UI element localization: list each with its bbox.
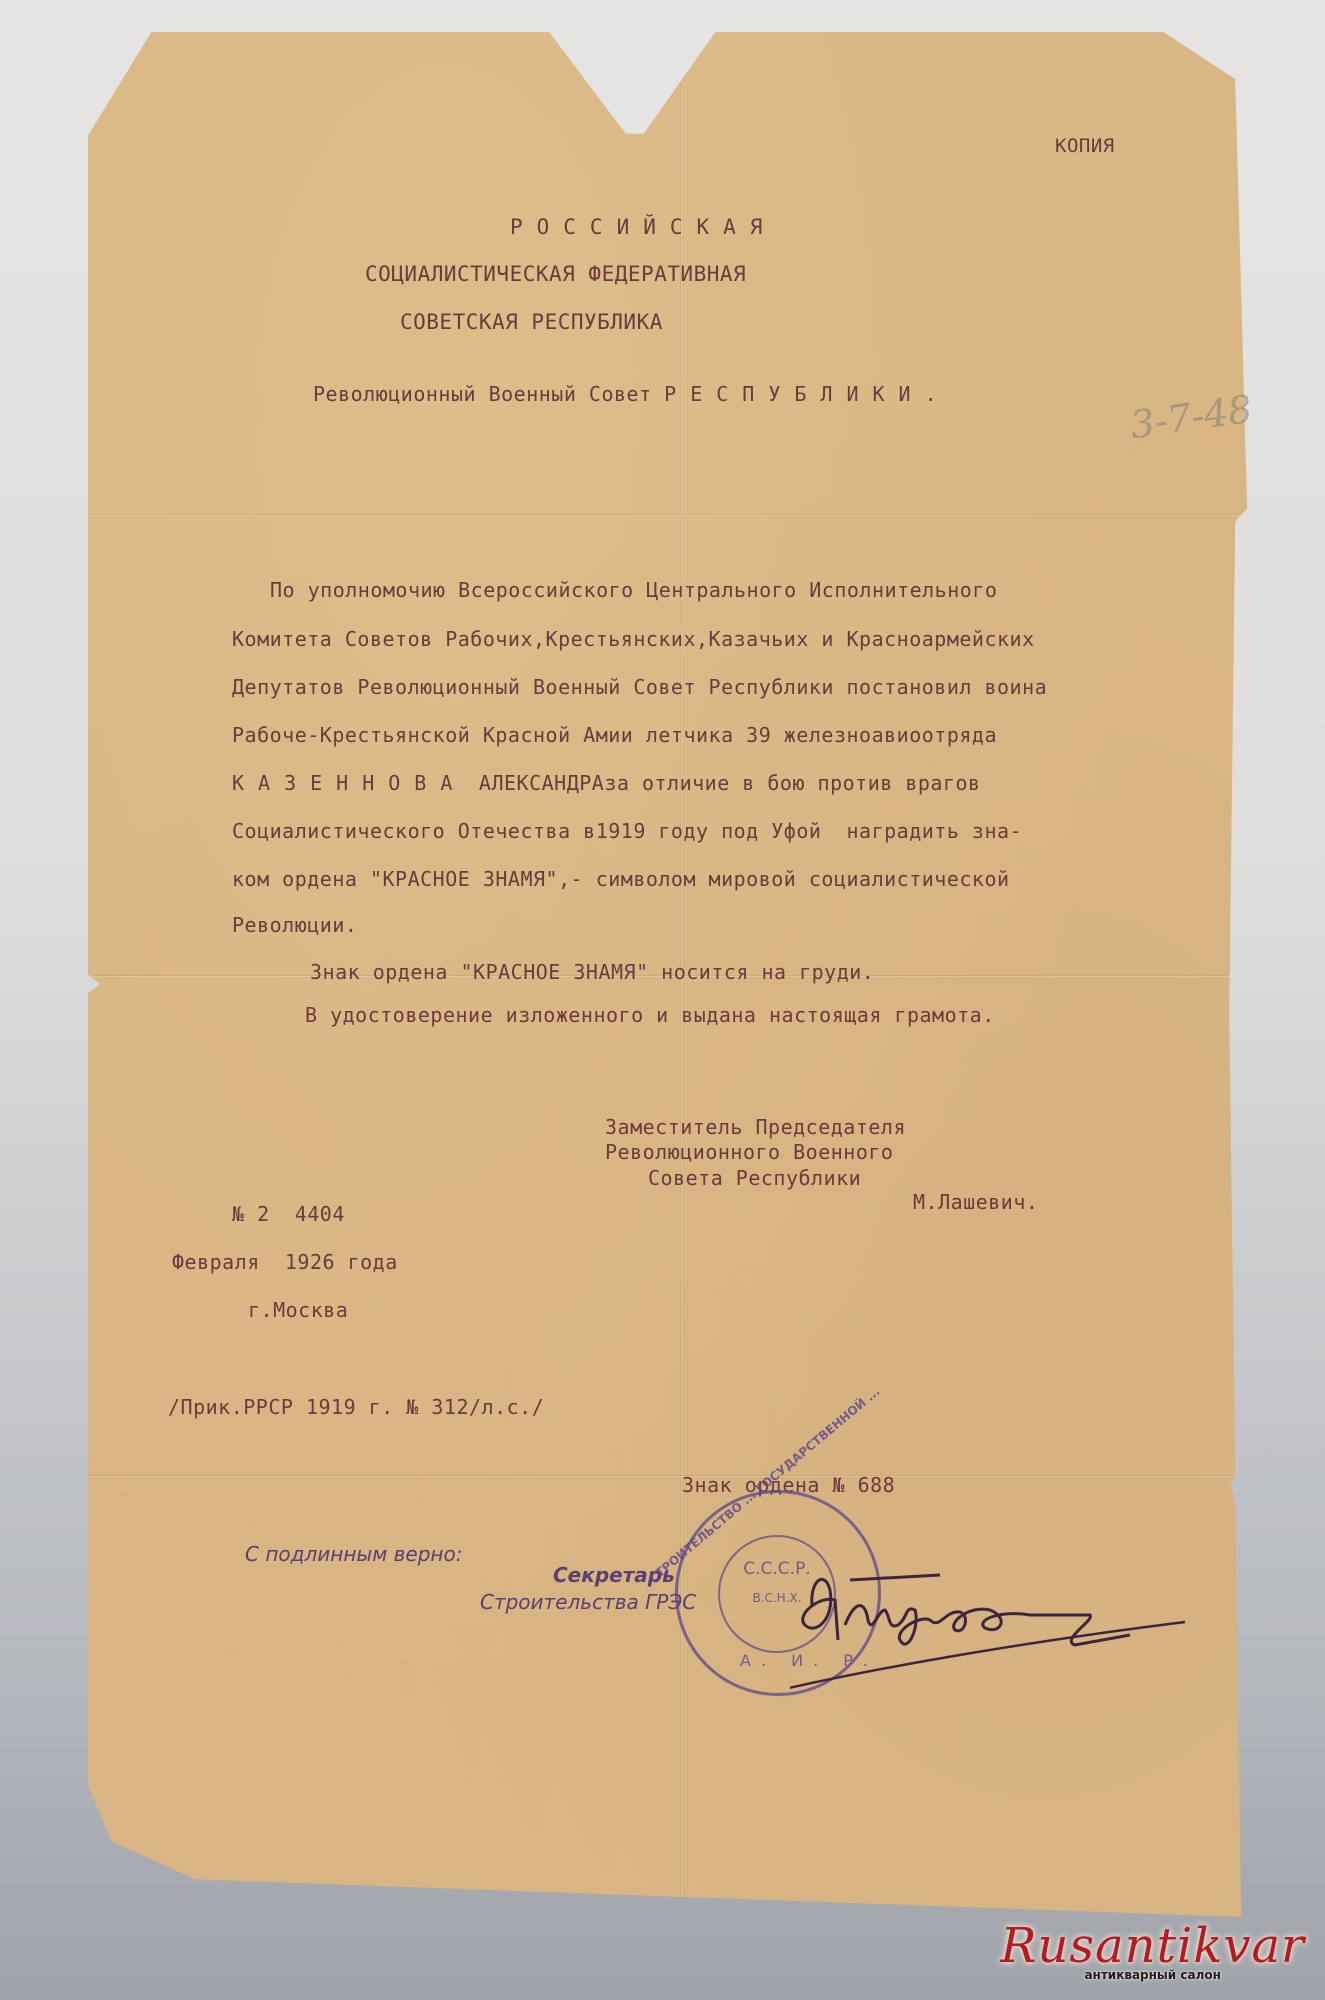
- issuer-prefix: Революционный Военный Совет: [313, 382, 652, 406]
- awardee-surname: КАЗЕННОВА: [232, 771, 466, 795]
- awardee-reason: за отличие в бою против врагов: [604, 771, 980, 795]
- header-socialist-federative: СОЦИАЛИСТИЧЕСКАЯ ФЕДЕРАТИВНАЯ: [365, 262, 746, 286]
- body-line-3: Депутатов Революционный Военный Совет Ре…: [232, 675, 1047, 699]
- construction-label: Строительства ГРЭС: [480, 1590, 696, 1614]
- issuer-suffix: РЕСПУБЛИКИ.: [664, 382, 950, 406]
- header-russian: РОССИЙСКАЯ: [510, 215, 776, 239]
- signatory-title-3: Совета Республики: [648, 1166, 861, 1190]
- body-line-1: По уполномочию Всероссийского Центрально…: [270, 578, 997, 602]
- signatory-name: М.Лашевич.: [913, 1190, 1038, 1214]
- body-line-6: ком ордена "КРАСНОЕ ЗНАМЯ",- символом ми…: [232, 867, 1010, 891]
- body-line-5: Социалистического Отечества в1919 году п…: [232, 819, 1022, 843]
- handwritten-signature: [790, 1540, 1190, 1710]
- copy-mark: КОПИЯ: [1055, 135, 1115, 157]
- order-reference: /Прик.РРСР 1919 г. № 312/л.с./: [168, 1395, 544, 1419]
- signatory-title-1: Заместитель Председателя: [605, 1115, 906, 1139]
- signatory-title-2: Революционного Военного: [605, 1140, 893, 1164]
- awardee-line: КАЗЕННОВА АЛЕКСАНДРАза отличие в бою про…: [232, 771, 981, 795]
- header-soviet-republic: СОВЕТСКАЯ РЕСПУБЛИКА: [400, 310, 663, 334]
- body-line-2: Комитета Советов Рабочих,Крестьянских,Ка…: [232, 627, 1035, 651]
- rusantikvar-watermark: Rusantikvar антикварный салон: [1000, 1918, 1305, 1982]
- certify-line: В удостоверение изложенного и выдана нас…: [305, 1003, 995, 1027]
- document-number: № 2 4404: [232, 1202, 345, 1226]
- awardee-first-name: АЛЕКСАНДРА: [479, 771, 604, 795]
- issuer-line: Революционный Военный Совет РЕСПУБЛИКИ.: [313, 382, 951, 406]
- body-line-4: Рабоче-Крестьянской Красной Амии летчика…: [232, 723, 997, 747]
- horizontal-fold-upper: [88, 514, 1283, 517]
- watermark-logo: Rusantikvar: [1000, 1918, 1305, 1974]
- document-date: Февраля 1926 года: [172, 1250, 398, 1274]
- wear-line: Знак ордена "КРАСНОЕ ЗНАМЯ" носится на г…: [310, 960, 874, 984]
- true-copy-label: С подлинным верно:: [245, 1542, 462, 1566]
- body-line-7: Революции.: [232, 913, 357, 937]
- document-place: г.Москва: [248, 1298, 348, 1322]
